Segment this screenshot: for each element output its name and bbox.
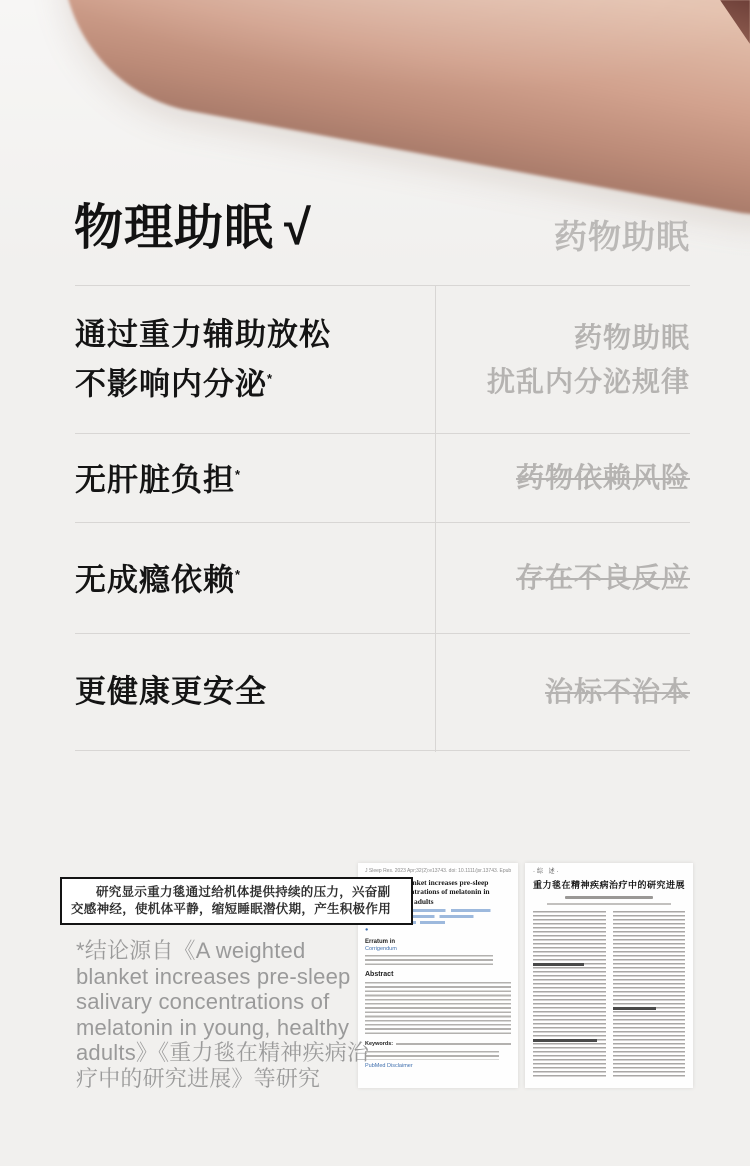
erratum-meta-text bbox=[365, 955, 493, 967]
footnote-asterisk: * bbox=[235, 467, 241, 482]
drug-drawback-cell: 存在不良反应 bbox=[435, 523, 690, 633]
review-tag: ·综 述· bbox=[533, 868, 685, 876]
drug-drawback-cell: 治标不治本 bbox=[435, 634, 690, 750]
table-row: 更健康更安全 治标不治本 bbox=[75, 633, 690, 751]
pubmed-disclaimer-link: PubMed Disclaimer bbox=[365, 1063, 511, 1070]
keywords-text bbox=[396, 1043, 511, 1045]
drawback-line-struck: 存在不良反应 bbox=[516, 556, 690, 600]
drawback-line: 药物助眠 bbox=[574, 316, 690, 360]
research-paper-thumbnail-cn: ·综 述· 重力毯在精神疾病治疗中的研究进展 bbox=[525, 863, 693, 1088]
right-column-title: 药物助眠 bbox=[554, 217, 690, 257]
paper-column-right bbox=[613, 911, 686, 1079]
paper-title: 重力毯在精神疾病治疗中的研究进展 bbox=[533, 879, 685, 891]
paper-citation: J Sleep Res. 2023 Apr;32(2):e13743. doi:… bbox=[365, 868, 511, 875]
column-divider bbox=[435, 285, 436, 752]
footnote-asterisk: * bbox=[267, 371, 273, 386]
section-heading bbox=[613, 1007, 657, 1010]
footnote-asterisk: * bbox=[235, 567, 241, 582]
paper-journal-info bbox=[547, 903, 672, 905]
physical-benefit-cell: 无肝脏负担* bbox=[75, 434, 435, 522]
physical-benefit-cell: 无成瘾依赖* bbox=[75, 523, 435, 633]
physical-benefit-cell: 更健康更安全 bbox=[75, 634, 435, 750]
physical-benefit-cell: 通过重力辅助放松 不影响内分泌* bbox=[75, 286, 435, 433]
table-row: 无肝脏负担* 药物依赖风险 bbox=[75, 433, 690, 522]
paper-two-column-body bbox=[533, 911, 685, 1079]
corrigendum-link: Corrigendum bbox=[365, 946, 511, 953]
page-title: 物理助眠√ bbox=[74, 200, 312, 256]
source-footnote: *结论源自《A weighted blanket increases pre-s… bbox=[76, 938, 376, 1091]
check-mark-icon: √ bbox=[284, 201, 312, 255]
copyright-text bbox=[365, 1051, 499, 1060]
product-detail-panel: 物理助眠√ 药物助眠 通过重力辅助放松 不影响内分泌* 药物助眠 扰乱内分泌规律… bbox=[0, 0, 750, 1166]
benefit-line: 通过重力辅助放松 bbox=[75, 313, 331, 357]
erratum-heading: Erratum in bbox=[365, 938, 511, 946]
drug-drawback-cell: 药物助眠 扰乱内分泌规律 bbox=[435, 286, 690, 433]
paper-column-left bbox=[533, 911, 606, 1079]
table-row: 通过重力辅助放松 不影响内分泌* 药物助眠 扰乱内分泌规律 bbox=[75, 285, 690, 433]
section-heading bbox=[533, 963, 584, 966]
benefit-line: 不影响内分泌* bbox=[75, 357, 273, 406]
abstract-heading: Abstract bbox=[365, 971, 511, 979]
keywords-row: Keywords: bbox=[365, 1040, 511, 1048]
benefit-line: 无成瘾依赖* bbox=[75, 553, 241, 602]
page-title-text: 物理助眠 bbox=[74, 201, 274, 255]
paper-affiliation-link: ● bbox=[365, 927, 511, 934]
drawback-line-struck: 治标不治本 bbox=[545, 670, 690, 714]
drawback-line: 扰乱内分泌规律 bbox=[487, 360, 690, 404]
benefit-line: 无肝脏负担* bbox=[75, 453, 241, 502]
drug-drawback-cell: 药物依赖风险 bbox=[435, 434, 690, 522]
comparison-table: 通过重力辅助放松 不影响内分泌* 药物助眠 扰乱内分泌规律 无肝脏负担* 药物依… bbox=[75, 285, 690, 752]
drawback-line-struck: 药物依赖风险 bbox=[516, 456, 690, 500]
section-heading bbox=[533, 1039, 597, 1042]
abstract-body-text bbox=[365, 982, 511, 1036]
benefit-line: 更健康更安全 bbox=[75, 670, 267, 714]
paper-authors-line bbox=[565, 896, 653, 899]
research-quote-box: 研究显示重力毯通过给机体提供持续的压力，兴奋副交感神经，使机体平静，缩短睡眠潜伏… bbox=[60, 877, 413, 925]
table-row: 无成瘾依赖* 存在不良反应 bbox=[75, 522, 690, 633]
